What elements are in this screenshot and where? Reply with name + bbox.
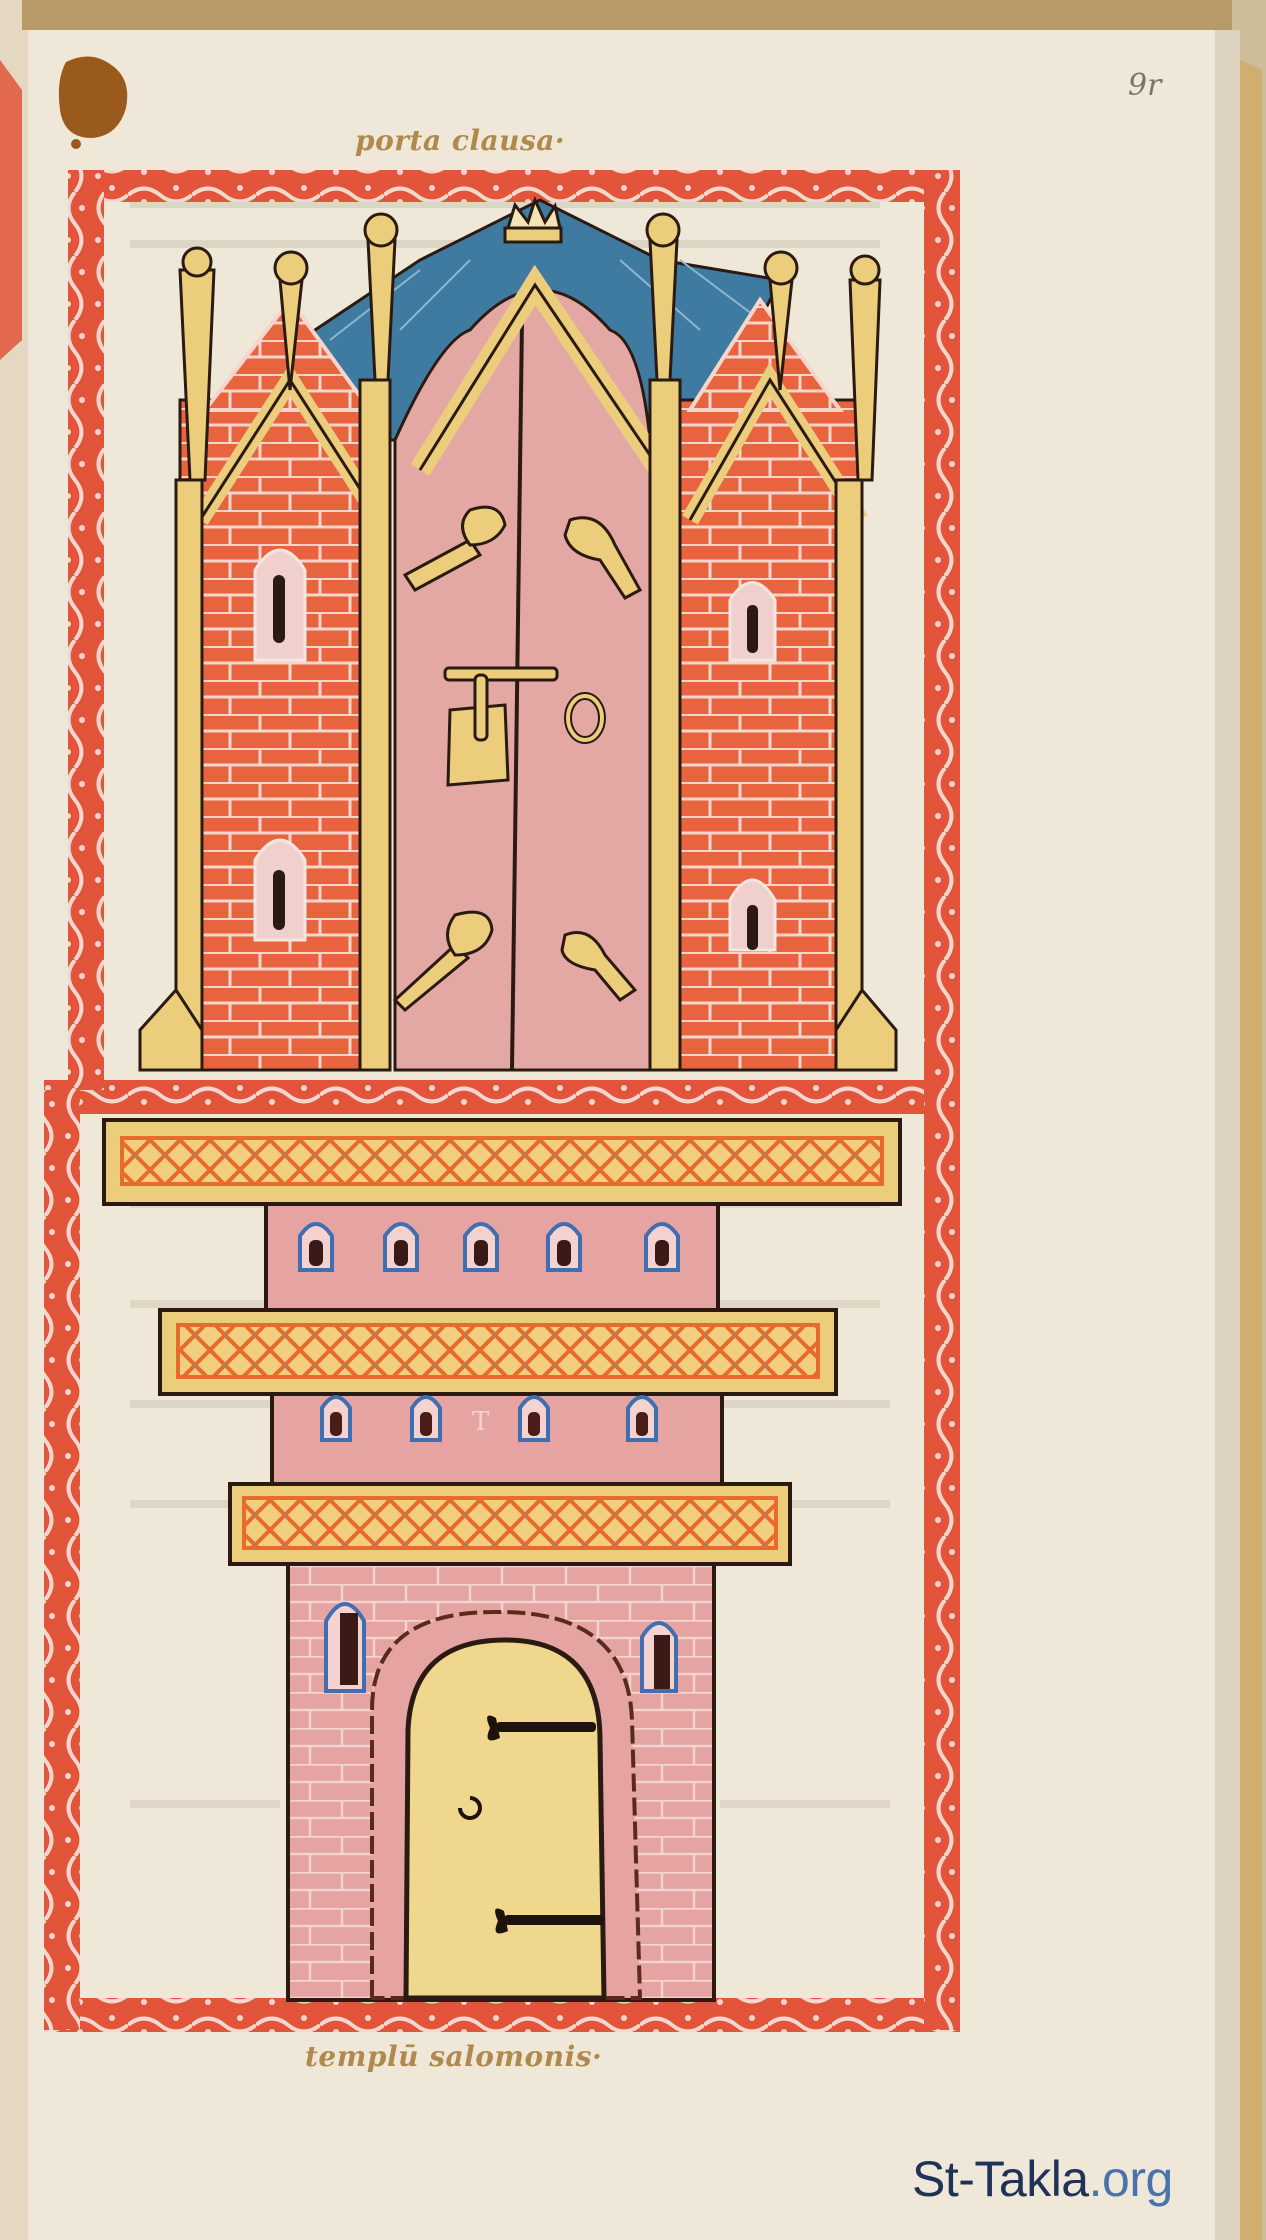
svg-text:T: T [472,1407,490,1437]
manuscript-illustration: T [0,0,1266,2240]
watermark-main: St-Takla [912,2151,1089,2207]
lattice-band-2 [160,1310,836,1394]
manuscript-page: T porta clausa· templū salomonis· 9r St-… [0,0,1266,2240]
caption-templum-salomonis: templū salomonis· [305,2040,602,2073]
lattice-band-3 [230,1484,790,1564]
temple-door [406,1640,604,1998]
watermark: St-Takla.org [912,2150,1173,2208]
lattice-band-1 [104,1120,900,1204]
folio-number: 9r [1128,68,1161,103]
caption-porta-clausa: porta clausa· [355,124,565,157]
watermark-tld: .org [1089,2151,1173,2207]
